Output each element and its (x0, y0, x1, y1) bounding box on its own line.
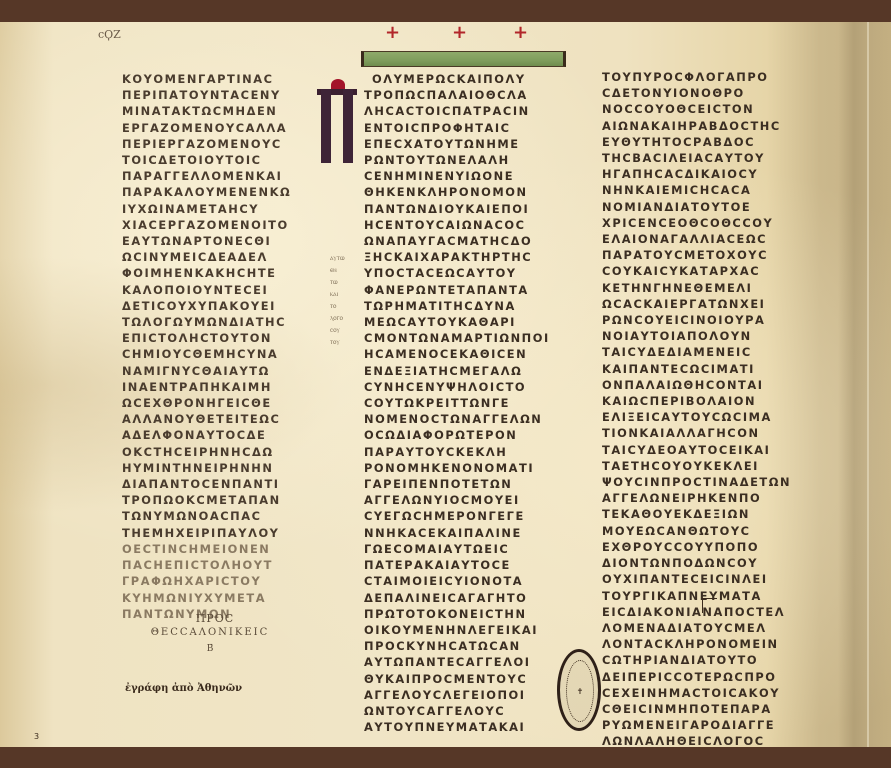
text-line: ΤΗΕΜΗΧΕΙΡΙΠΑΥΛΟΥ (122, 525, 317, 541)
text-line: ΕΝΤΟΙϹΠΡΟΦΗΤΑΙϹ (364, 120, 564, 136)
text-line: ΠΑΝΤΩΝΔΙΟΥΚΑΙΕΠΟΙ (364, 201, 564, 217)
text-line: ΚΟΥΟΜΕΝΓΑΡΤΙΝΑϹ (122, 71, 317, 87)
text-line: ΤΩΡΗΜΑΤΙΤΗϹΔΥΝΑ (364, 298, 564, 314)
text-line: ΔΕΙΠΕΡΙϹϹΟΤΕΡΩϹΠΡΟ (602, 669, 802, 685)
text-line: ΡΟΝΟΜΗΚΕΝΟΝΟΜΑΤΙ (364, 460, 564, 476)
initial-right-stroke (343, 89, 353, 163)
text-line: ΝΟΜΕΝΟϹΤΩΝΑΓΓΕΛΩΝ (364, 411, 564, 427)
reference-bracket-mark (702, 598, 717, 613)
text-line: ΠΑΤΕΡΑΚΑΙΑΥΤΟϹΕ (364, 557, 564, 573)
text-line: ΟΚϹΤΗϹΕΙΡΗΝΗϹΔΩ (122, 444, 317, 460)
text-line: ΗϹΕΝΤΟΥϹΑΙΩΝΑϹΟϹ (364, 217, 564, 233)
margin-note: ⲧⲟ (330, 300, 360, 312)
text-line: ΤΗϹΒΑϹΙΛΕΙΑϹΑΥΤΟΥ (602, 150, 802, 166)
text-line: ΓΡΑΦΩΗΧΑΡΙϹΤΟΥ (122, 573, 317, 589)
text-line: ΡΩΝϹΟΥΕΙϹΙΝΟΙΟΥΡΑ (602, 312, 802, 328)
text-line: ΝΝΗΚΑϹΕΚΑΙΠΑΛΙΝΕ (364, 525, 564, 541)
text-line: ΝΟΙΑΥΤΟΙΑΠΟΛΟΥΝ (602, 328, 802, 344)
text-line: ΠΕΡΙΕΡΓΑΖΟΜΕΝΟΥϹ (122, 136, 317, 152)
text-line: ΔΕΤΙϹΟΥΧΥΠΑΚΟΥΕΙ (122, 298, 317, 314)
text-line: ΔΙΑΠΑΝΤΟϹΕΝΠΑΝΤΙ (122, 476, 317, 492)
text-column-left: ΚΟΥΟΜΕΝΓΑΡΤΙΝΑϹ ΠΕΡΙΠΑΤΟΥΝΤΑϹΕΝΥ ΜΙΝΑΤΑΚ… (122, 71, 317, 622)
text-line: ΤΕΚΑΘΟΥΕΚΔΕΞΙΩΝ (602, 506, 802, 522)
subscription-line: ΠΡΟϹ (130, 612, 300, 625)
text-line: ΡΥΩΜΕΝΕΙΓΑΡΟΔΙΑΓΓΕ (602, 717, 802, 733)
cross-icon: + (513, 24, 528, 42)
cross-icon: + (385, 24, 400, 42)
text-line: ΞΗϹΚΑΙΧΑΡΑΚΤΗΡΤΗϹ (364, 249, 564, 265)
margin-note: ⲁⲩⲧⲱ (330, 252, 360, 264)
text-line: ΟΙΚΟΥΜΕΝΗΝΛΕΓΕΙΚΑΙ (364, 622, 564, 638)
text-line: ΛΗϹΑϹΤΟΙϹΠΑΤΡΑϹΙΝ (364, 103, 564, 119)
text-line: ΤΩΛΟΓΩΥΜΩΝΔΙΑΤΗϹ (122, 314, 317, 330)
text-line: ϹΥΕΓΩϹΗΜΕΡΟΝΓΕΓΕ (364, 508, 564, 524)
text-line: ΤΙΟΝΚΑΙΑΛΛΑΓΗϹΟΝ (602, 425, 802, 441)
text-line: ΠΡΟϹΚΥΝΗϹΑΤΩϹΑΝ (364, 638, 564, 654)
margin-note: ⲉⲛ (330, 264, 360, 276)
text-line: ΑΛΛΑΝΟΥΘΕΤΕΙΤΕΩϹ (122, 411, 317, 427)
text-line: ΗΥΜΙΝΤΗΝΕΙΡΗΝΗΝ (122, 460, 317, 476)
library-stamp-icon: ✝ (557, 649, 601, 731)
text-line: ΛΩΝΛΑΛΗΘΕΙϹΛΟΓΟϹ (602, 733, 802, 747)
text-line: ΛΟΜΕΝΑΔΙΑΤΟΥϹΜΕΛ (602, 620, 802, 636)
text-line: ΝΟΜΙΑΝΔΙΑΤΟΥΤΟΕ (602, 199, 802, 215)
text-line: ΤΩΝΥΜΩΝΟΑϹΠΑϹ (122, 508, 317, 524)
margin-annotations: ⲁⲩⲧⲱ ⲉⲛ ⲧⲱ ⲕⲁⲓ ⲧⲟ ⲗⲟⲅⲟ ⲥⲟⲩ ⲧⲟⲩ (330, 252, 360, 348)
text-line: ΔΙΟΝΤΩΝΠΟΔΩΝϹΟΥ (602, 555, 802, 571)
text-line: ΩϹΙΝΥΜΕΙϹΔΕΑΔΕΛ (122, 249, 317, 265)
text-line: ϹΟΥΤΩΚΡΕΙΤΤΩΝΓΕ (364, 395, 564, 411)
text-line: ΤΑΙϹΥΔΕΟΑΥΤΟϹΕΙΚΑΙ (602, 442, 802, 458)
text-line: ΤΡΟΠΩΟΚϹΜΕΤΑΠΑΝ (122, 492, 317, 508)
text-line: ϹΔΕΤΟΝΥΙΟΝΟΘΡΟ (602, 85, 802, 101)
text-line: ΧΡΙϹΕΝϹΕΟΘϹΟΘϹϹΟΥ (602, 215, 802, 231)
text-line: ΨΟΥϹΙΝΠΡΟϹΤΙΝΑΔΕΤΩΝ (602, 474, 802, 490)
text-line: ΤΑΕΤΗϹΟΥΟΥΚΕΚΛΕΙ (602, 458, 802, 474)
text-line: ΑΙΩΝΑΚΑΙΗΡΑΒΔΟϹΤΗϹ (602, 118, 802, 134)
subscription-numeral: Β̄ (120, 644, 300, 654)
text-line: ΦΟΙΜΗΕΝΚΑΚΗϹΗΤΕ (122, 265, 317, 281)
text-line: ΙΝΑΕΝΤΡΑΠΗΚΑΙΜΗ (122, 379, 317, 395)
text-line: ΕΛΙΞΕΙϹΑΥΤΟΥϹΩϹΙΜΑ (602, 409, 802, 425)
subscription-line: ΘΕϹϹΑΛΟΝΙΚΕΙϹ (120, 627, 300, 638)
text-line: ΩϹΑϹΚΑΙΕΡΓΑΤΩΝΧΕΙ (602, 296, 802, 312)
text-line: ΘΗΚΕΝΚΛΗΡΟΝΟΜΟΝ (364, 184, 564, 200)
text-line: ΟΛΥΜΕΡΩϹΚΑΙΠΟΛΥ (364, 71, 564, 87)
text-line: ΕΡΓΑΖΟΜΕΝΟΥϹΑΛΛΑ (122, 120, 317, 136)
text-line: ΕΥΘΥΤΗΤΟϹΡΑΒΔΟϹ (602, 134, 802, 150)
manuscript-folio: ϲϘΖ + + + ΚΟΥΟΜΕΝΓΑΡΤΙΝΑϹ ΠΕΡΙΠΑΤΟΥΝΤΑϹΕ… (0, 22, 891, 747)
text-line: ΟΥΧΙΠΑΝΤΕϹΕΙϹΙΝΛΕΙ (602, 571, 802, 587)
text-line: ϹΩΤΗΡΙΑΝΔΙΑΤΟΥΤΟ (602, 652, 802, 668)
text-line: ΚΑΙΩϹΠΕΡΙΒΟΛΑΙΟΝ (602, 393, 802, 409)
text-line: ΕΠΙϹΤΟΛΗϹΤΟΥΤΟΝ (122, 330, 317, 346)
text-line: ΠΑΡΑΚΑΛΟΥΜΕΝΕΝΚΩ (122, 184, 317, 200)
text-line: ΕΠΕϹΧΑΤΟΥΤΩΝΗΜΕ (364, 136, 564, 152)
text-line: ΟΝΠΑΛΑΙΩΘΗϹΟΝΤΑΙ (602, 377, 802, 393)
text-line: ΜΕΩϹΑΥΤΟΥΚΑΘΑΡΙ (364, 314, 564, 330)
text-line: ΠΑΡΑΓΓΕΛΛΟΜΕΝΚΑΙ (122, 168, 317, 184)
text-line: ΑΓΓΕΛΩΝΥΙΟϹΜΟΥΕΙ (364, 492, 564, 508)
text-line: ΝΑΜΙΓΝΥϹΘΑΙΑΥΤΩ (122, 363, 317, 379)
text-line: ϹΜΟΝΤΩΝΑΜΑΡΤΙΩΝΠΟΙ (364, 330, 564, 346)
text-line: ΑΥΤΟΥΠΝΕΥΜΑΤΑΚΑΙ (364, 719, 564, 735)
text-line: ΔΕΠΑΛΙΝΕΙϹΑΓΑΓΗΤΟ (364, 590, 564, 606)
text-line: ΑΔΕΛΦΟΝΑΥΤΟϹΔΕ (122, 427, 317, 443)
decorated-initial-pi-icon (317, 75, 357, 163)
text-line: ΩΝΤΟΥϹΑΓΓΕΛΟΥϹ (364, 703, 564, 719)
text-line: ΤΡΟΠΩϹΠΑΛΑΙΟΘϹΛΑ (364, 87, 564, 103)
text-line: ΓΩΕϹΟΜΑΙΑΥΤΩΕΙϹ (364, 541, 564, 557)
margin-note: ⲥⲟⲩ (330, 324, 360, 336)
text-line: ΤΑΙϹΥΔΕΔΙΑΜΕΝΕΙϹ (602, 344, 802, 360)
text-line: ΑΓΓΕΛΩΝΕΙΡΗΚΕΝΠΟ (602, 490, 802, 506)
text-line: ϹΟΥΚΑΙϹΥΚΑΤΑΡΧΑϹ (602, 263, 802, 279)
colophon: ἐγράφη ἀπὸ Ἀθηνῶν (125, 683, 242, 694)
text-line: ϹΗΜΙΟΥϹΘΕΜΗϹΥΝΑ (122, 346, 317, 362)
text-line: ΓΑΡΕΙΠΕΝΠΟΤΕΤΩΝ (364, 476, 564, 492)
margin-note: ⲧⲱ (330, 276, 360, 288)
text-line: ϹΥΝΗϹΕΝΥΨΗΛΟΙϹΤΟ (364, 379, 564, 395)
text-line: ϹΕΝΗΜΙΝΕΝΥΙΩΟΝΕ (364, 168, 564, 184)
text-line: ΟϹΩΔΙΑΦΟΡΩΤΕΡΟΝ (364, 427, 564, 443)
text-line: ΩϹΕΧΘΡΟΝΗΓΕΙϹΘΕ (122, 395, 317, 411)
text-line: ΚΑΛΟΠΟΙΟΥΝΤΕϹΕΙ (122, 282, 317, 298)
cross-icon: + (452, 24, 467, 42)
text-line: ΩΝΑΠΑΥΓΑϹΜΑΤΗϹΔΟ (364, 233, 564, 249)
text-line: ΤΟΥΠΥΡΟϹΦΛΟΓΑΠΡΟ (602, 69, 802, 85)
text-line: ΧΙΑϹΕΡΓΑΖΟΜΕΝΟΙΤΟ (122, 217, 317, 233)
text-line: ΠΡΩΤΟΤΟΚΟΝΕΙϹΤΗΝ (364, 606, 564, 622)
text-line: ΠΑΡΑΥΤΟΥϹΚΕΚΛΗ (364, 444, 564, 460)
text-line: ΟΕϹΤΙΝϹΗΜΕΙΟΝΕΝ (122, 541, 317, 557)
gutter-fold-line (867, 22, 869, 747)
text-line: ΠΑϹΗΕΠΙϹΤΟΛΗΟΥΤ (122, 557, 317, 573)
top-frame-band (0, 0, 891, 22)
text-line: ΑΓΓΕΛΟΥϹΛΕΓΕΙΟΠΟΙ (364, 687, 564, 703)
initial-left-stroke (321, 89, 331, 163)
text-line: ΕΧΘΡΟΥϹϹΟΥΥΠΟΠΟ (602, 539, 802, 555)
book-subscription: ΠΡΟϹ ΘΕϹϹΑΛΟΝΙΚΕΙϹ Β̄ (120, 612, 300, 654)
bottom-frame-band (0, 747, 891, 768)
text-line: ΤΟΙϹΔΕΤΟΙΟΥΤΟΙϹ (122, 152, 317, 168)
text-line: ΠΑΡΑΤΟΥϹΜΕΤΟΧΟΥϹ (602, 247, 802, 263)
text-line: ΕΑΥΤΩΝΑΡΤΟΝΕϹΘΙ (122, 233, 317, 249)
text-line: ΙΥΧΩΙΝΑΜΕΤΑΗϹΥ (122, 201, 317, 217)
text-line: ΜΟΥΕΩϹΑΝΘΩΤΟΥϹ (602, 523, 802, 539)
green-headpiece-ornament (361, 51, 566, 67)
text-line: ΘΥΚΑΙΠΡΟϹΜΕΝΤΟΥϹ (364, 671, 564, 687)
text-line: ΚΕΤΗΝΓΗΝΕΘΕΜΕΛΙ (602, 280, 802, 296)
page-gutter (838, 22, 891, 747)
text-line: ϹΘΕΙϹΙΝΜΗΠΟΤΕΠΑΡΑ (602, 701, 802, 717)
text-line: ΚΥΗΜΩΝΙΥΧΥΜΕΤΑ (122, 590, 317, 606)
text-line: ΥΠΟϹΤΑϹΕΩϹΑΥΤΟΥ (364, 265, 564, 281)
margin-note: ⲧⲟⲩ (330, 336, 360, 348)
text-line: ΕΝΔΕΞΙΑΤΗϹΜΕΓΑΛΩ (364, 363, 564, 379)
margin-note: ⲕⲁⲓ (330, 288, 360, 300)
text-line: ΗϹΑΜΕΝΟϹΕΚΑΘΙϹΕΝ (364, 346, 564, 362)
text-line: ϹΕΧΕΙΝΗΜΑϹΤΟΙϹΑΚΟΥ (602, 685, 802, 701)
text-line: ΠΕΡΙΠΑΤΟΥΝΤΑϹΕΝΥ (122, 87, 317, 103)
text-line: ΝΟϹϹΟΥΟΘϹΕΙϹΤΟΝ (602, 101, 802, 117)
text-column-middle: ΟΛΥΜΕΡΩϹΚΑΙΠΟΛΥ ΤΡΟΠΩϹΠΑΛΑΙΟΘϹΛΑ ΛΗϹΑϹΤΟ… (364, 71, 564, 735)
text-line: ΛΟΝΤΑϹΚΛΗΡΟΝΟΜΕΙΝ (602, 636, 802, 652)
text-line: ΦΑΝΕΡΩΝΤΕΤΑΠΑΝΤΑ (364, 282, 564, 298)
margin-note: ⲗⲟⲅⲟ (330, 312, 360, 324)
text-line: ΡΩΝΤΟΥΤΩΝΕΛΑΛΗ (364, 152, 564, 168)
text-line: ΗΓΑΠΗϹΑϹΔΙΚΑΙΟϹΥ (602, 166, 802, 182)
text-line: ϹΤΑΙΜΟΙΕΙϹΥΙΟΝΟΤΑ (364, 573, 564, 589)
text-line: ΑΥΤΩΠΑΝΤΕϹΑΓΓΕΛΟΙ (364, 654, 564, 670)
text-column-right: ΤΟΥΠΥΡΟϹΦΛΟΓΑΠΡΟ ϹΔΕΤΟΝΥΙΟΝΟΘΡΟ ΝΟϹϹΟΥΟΘ… (602, 69, 802, 747)
text-line: ΚΑΙΠΑΝΤΕϹΩϹΙΜΑΤΙ (602, 361, 802, 377)
text-line: ΝΗΝΚΑΙΕΜΙϹΗϹΑϹΑ (602, 182, 802, 198)
stamp-emblem-icon: ✝ (566, 660, 594, 722)
folio-number: ϲϘΖ (98, 28, 121, 41)
text-line: ΜΙΝΑΤΑΚΤΩϹΜΗΔΕΝ (122, 103, 317, 119)
page-mark: 3 (34, 732, 39, 741)
text-line: ΕΛΑΙΟΝΑΓΑΛΛΙΑϹΕΩϹ (602, 231, 802, 247)
